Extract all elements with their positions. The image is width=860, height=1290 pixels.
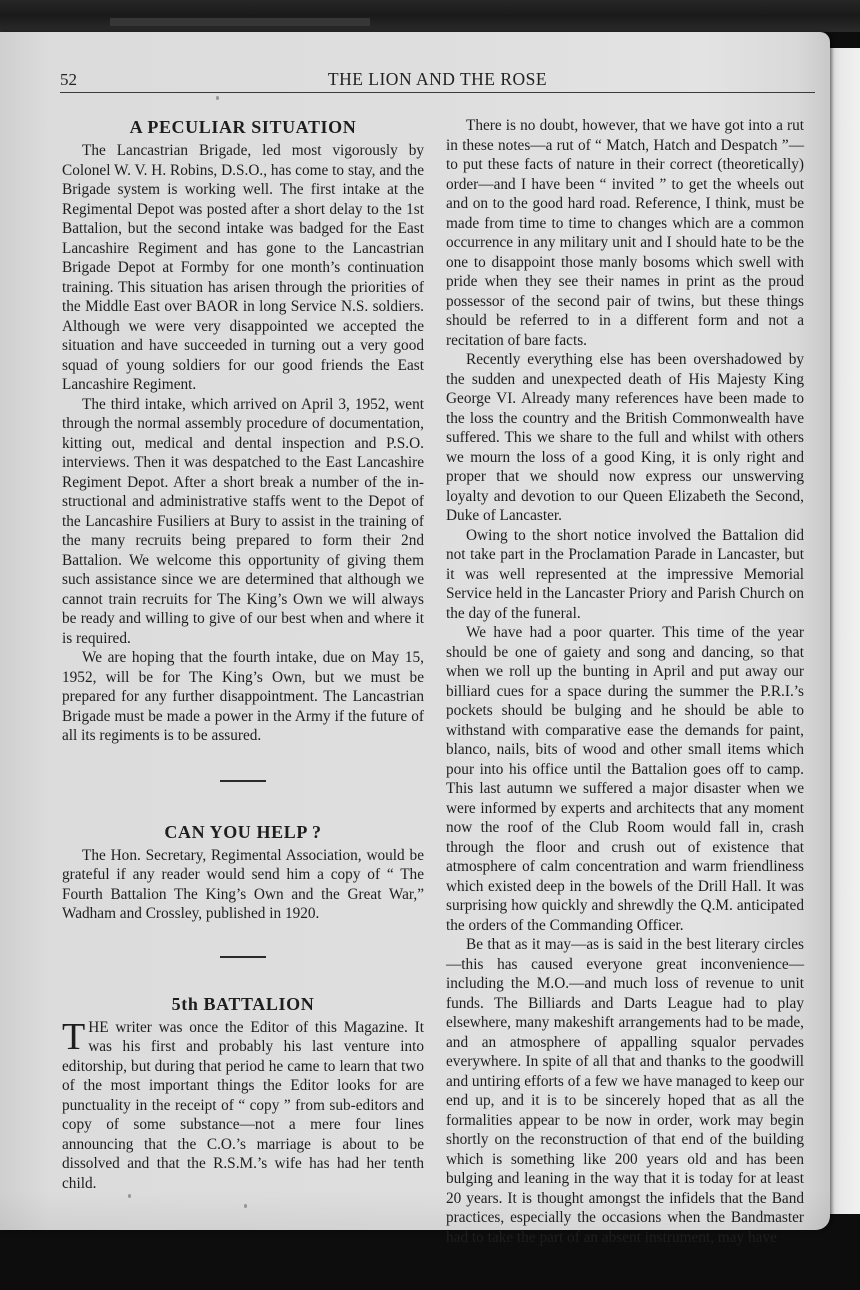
paragraph-text: HE writer was once the Editor of this Ma… — [62, 1019, 424, 1192]
article-paragraph: The third intake, which arrived on April… — [62, 395, 424, 649]
right-column: There is no doubt, however, that we have… — [446, 116, 804, 1247]
article-heading: CAN YOU HELP ? — [62, 820, 424, 844]
article-can-you-help: CAN YOU HELP ? The Hon. Secretary, Regim… — [62, 820, 424, 924]
article-heading: 5th BATTALION — [62, 992, 424, 1016]
article-paragraph: THE writer was once the Editor of this M… — [62, 1018, 424, 1194]
article-peculiar-situation: A PECULIAR SITUATION The Lancastrian Bri… — [62, 115, 424, 746]
journal-title: THE LION AND THE ROSE — [60, 69, 815, 90]
article-paragraph: We are hoping that the fourth intake, du… — [62, 648, 424, 746]
print-speck — [244, 1204, 247, 1208]
drop-cap: T — [62, 1021, 85, 1053]
scanned-page-photo: 52 THE LION AND THE ROSE A PECULIAR SITU… — [0, 0, 860, 1290]
running-head: 52 THE LION AND THE ROSE — [60, 68, 815, 93]
article-heading: A PECULIAR SITUATION — [62, 115, 424, 139]
article-paragraph: The Hon. Secretary, Regimental Associati… — [62, 846, 424, 924]
print-speck — [216, 96, 219, 100]
book-top-edge — [0, 0, 860, 32]
article-paragraph: Be that as it may—as is said in the best… — [446, 935, 804, 1247]
article-paragraph: There is no doubt, however, that we have… — [446, 116, 804, 350]
print-speck — [128, 1194, 131, 1198]
binding-stripe — [110, 18, 370, 26]
article-paragraph: Recently everything else has been oversh… — [446, 350, 804, 526]
article-paragraph: We have had a poor quarter. This time of… — [446, 623, 804, 935]
article-5th-battalion: 5th BATTALION THE writer was once the Ed… — [62, 992, 424, 1194]
article-paragraph: The Lancastrian Brigade, led most vigoro… — [62, 141, 424, 395]
left-column: A PECULIAR SITUATION The Lancastrian Bri… — [62, 115, 424, 1193]
next-page-edge — [828, 48, 860, 1214]
article-paragraph: Owing to the short notice involved the B… — [446, 526, 804, 624]
magazine-page: 52 THE LION AND THE ROSE A PECULIAR SITU… — [0, 32, 830, 1230]
